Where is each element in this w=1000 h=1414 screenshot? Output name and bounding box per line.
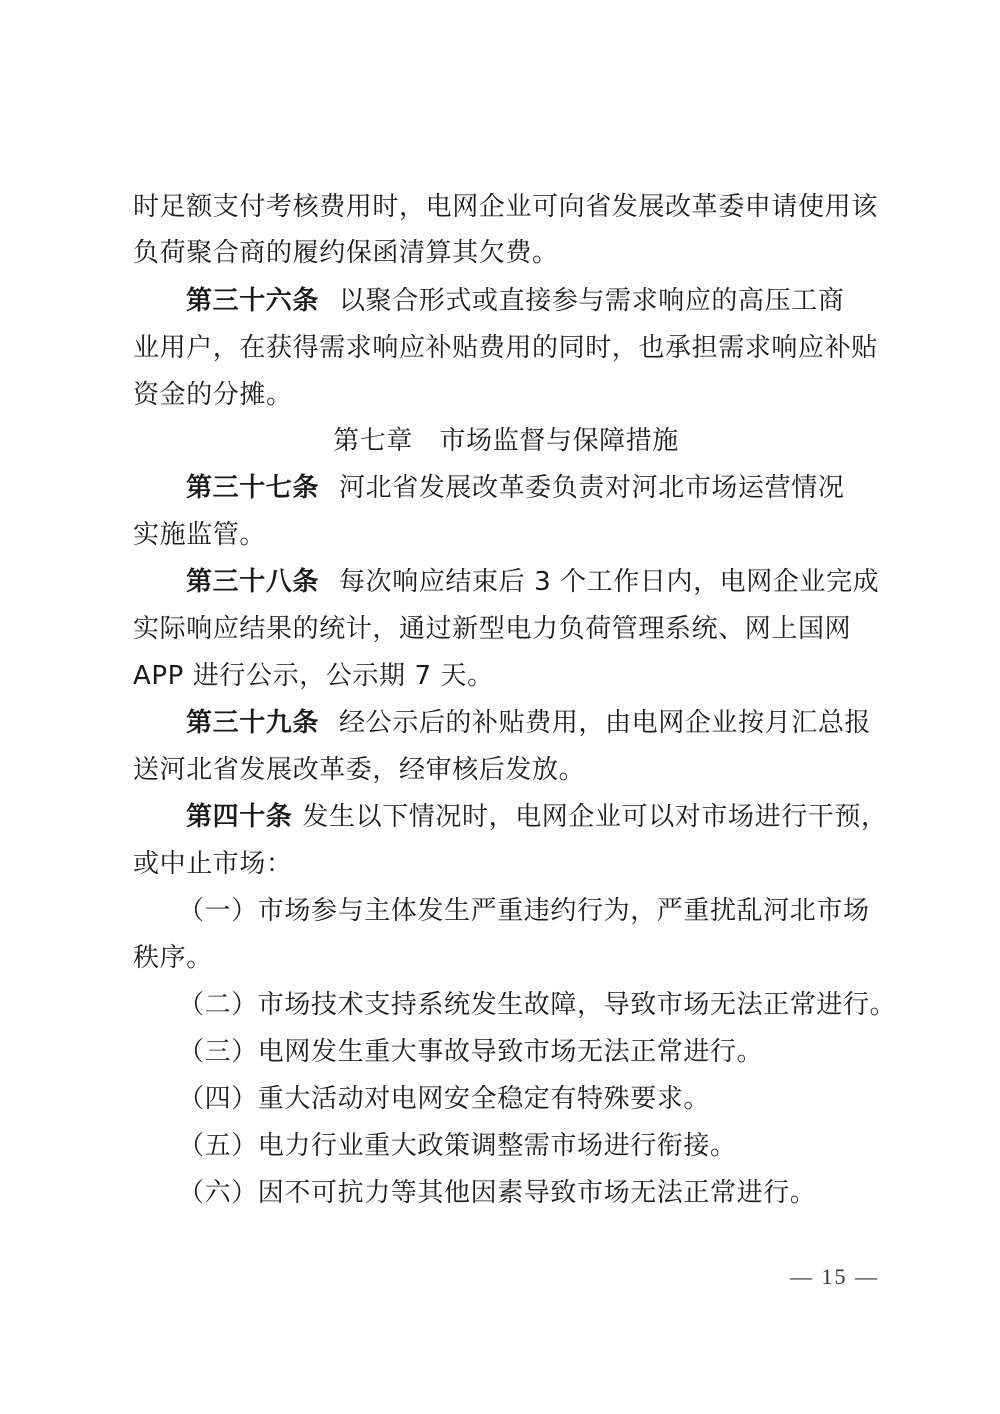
article-number: 第三十六条 <box>186 286 319 316</box>
list-item: （五）电力行业重大政策调整需市场进行衔接。 <box>178 1129 938 1163</box>
list-item: （一）市场参与主体发生严重违约行为，严重扰乱河北市场 <box>178 894 938 928</box>
article-text: 以聚合形式或直接参与需求响应的高压工商 <box>339 286 844 316</box>
article-39: 第三十九条经公示后的补贴费用，由电网企业按月汇总报 <box>186 706 946 740</box>
text-line: 实施监管。 <box>133 518 893 552</box>
article-text: 河北省发展改革委负责对河北市场运营情况 <box>339 473 844 503</box>
list-item: （二）市场技术支持系统发生故障，导致市场无法正常进行。 <box>178 988 938 1022</box>
text-line: 秩序。 <box>133 941 893 975</box>
article-38: 第三十八条每次响应结束后 3 个工作日内，电网企业完成 <box>186 565 946 599</box>
text-line: 实际响应结果的统计，通过新型电力负荷管理系统、网上国网 <box>133 612 893 646</box>
article-40: 第四十条发生以下情况时，电网企业可以对市场进行干预， <box>186 800 946 834</box>
list-item: （三）电网发生重大事故导致市场无法正常进行。 <box>178 1035 938 1069</box>
list-item: （六）因不可抗力等其他因素导致市场无法正常进行。 <box>178 1176 938 1210</box>
article-number: 第三十九条 <box>186 708 319 738</box>
text-line: 或中止市场： <box>133 847 893 881</box>
article-text: 经公示后的补贴费用，由电网企业按月汇总报 <box>339 708 871 738</box>
text-line: 时足额支付考核费用时，电网企业可向省发展改革委申请使用该 <box>133 190 893 224</box>
page-number: — 15 — <box>790 1264 879 1290</box>
article-text: 发生以下情况时，电网企业可以对市场进行干预， <box>302 802 887 832</box>
article-number: 第四十条 <box>186 802 292 832</box>
text-line: 负荷聚合商的履约保函清算其欠费。 <box>133 236 893 270</box>
text-line: APP 进行公示，公示期 7 天。 <box>133 659 893 693</box>
list-item: （四）重大活动对电网安全稳定有特殊要求。 <box>178 1082 938 1116</box>
article-37: 第三十七条河北省发展改革委负责对河北市场运营情况 <box>186 471 946 505</box>
text-line: 资金的分摊。 <box>133 378 893 412</box>
text-line: 送河北省发展改革委，经审核后发放。 <box>133 753 893 787</box>
article-36: 第三十六条以聚合形式或直接参与需求响应的高压工商 <box>186 284 946 318</box>
article-text: 每次响应结束后 3 个工作日内，电网企业完成 <box>339 567 879 597</box>
article-number: 第三十七条 <box>186 473 319 503</box>
article-number: 第三十八条 <box>186 567 319 597</box>
text-line: 业用户，在获得需求响应补贴费用的同时，也承担需求响应补贴 <box>133 331 893 365</box>
chapter-heading: 第七章 市场监督与保障措施 <box>0 424 1000 458</box>
